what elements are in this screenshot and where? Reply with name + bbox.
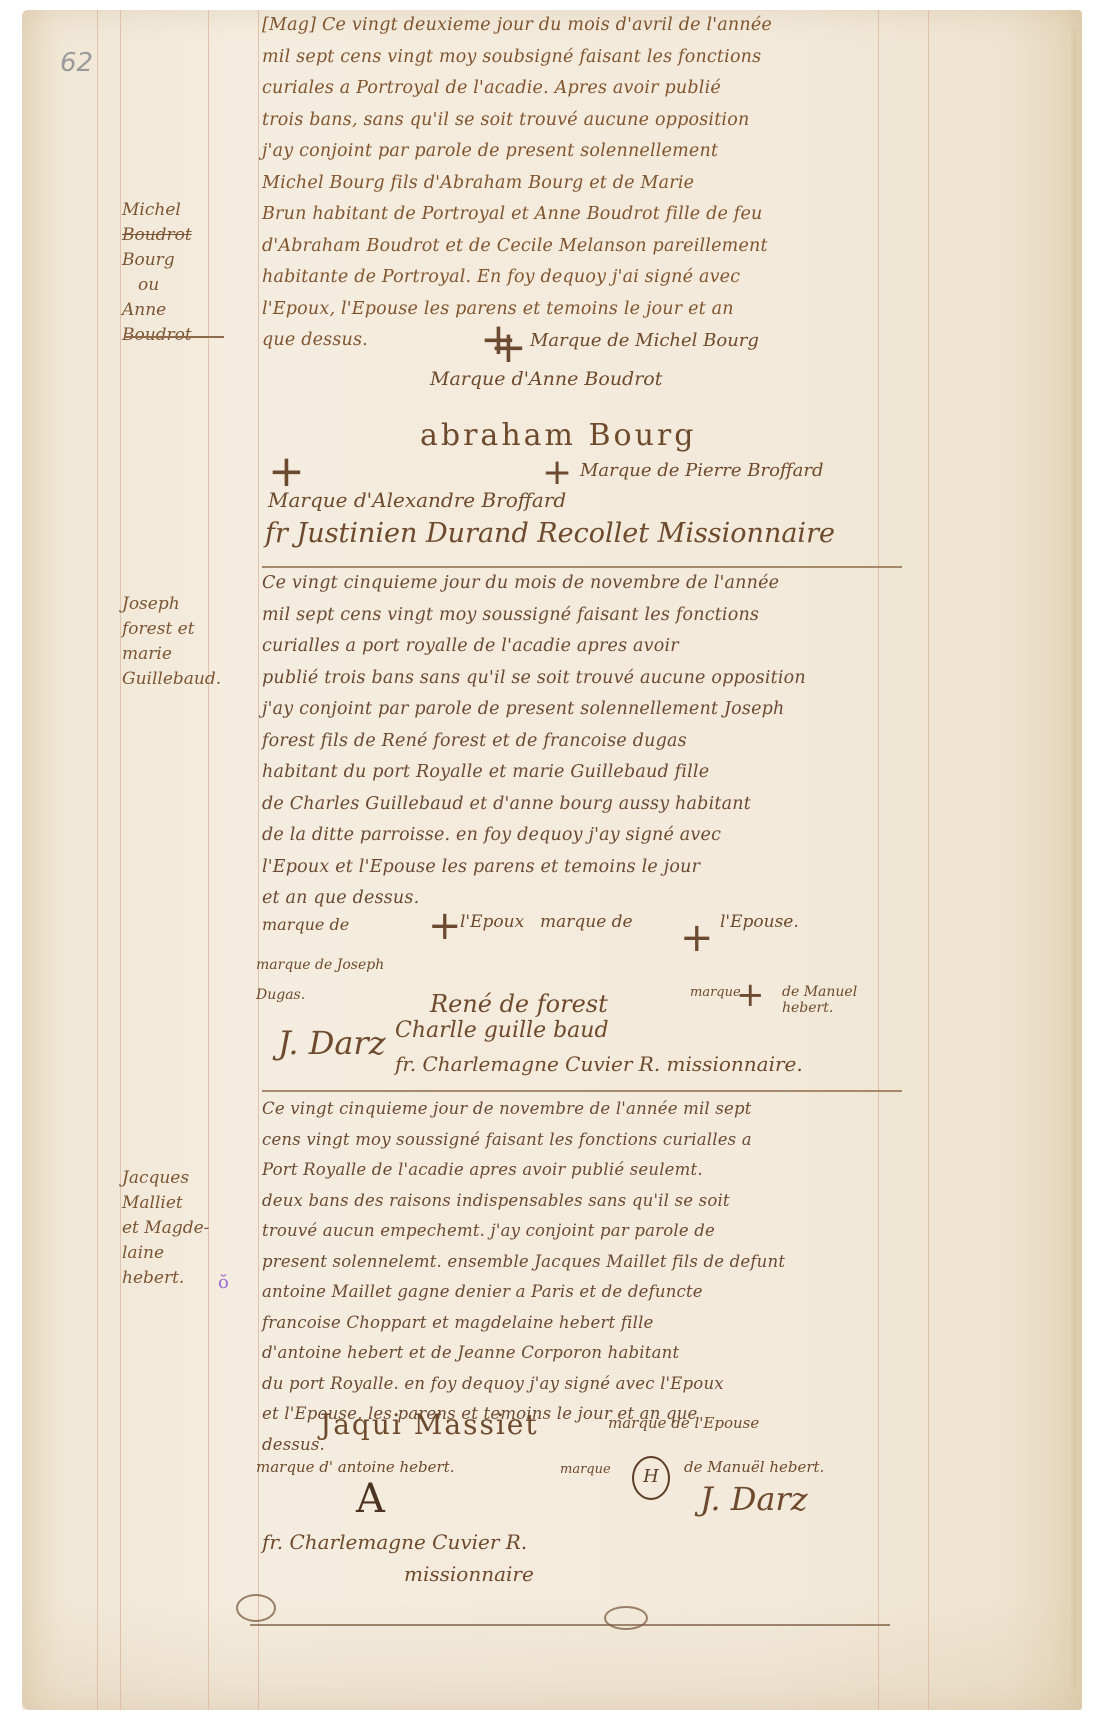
text-line: d'antoine hebert et de Jeanne Corporon h…	[262, 1343, 679, 1362]
text-line: forest fils de René forest et de francoi…	[262, 731, 687, 751]
mark-witness-1: Marque d'Alexandre Broffard	[268, 488, 566, 512]
ruling-line	[928, 10, 929, 1710]
page-edge	[1068, 30, 1076, 1690]
mark-groom-label: marque de	[262, 915, 349, 934]
text-line: de Charles Guillebaud et d'anne bourg au…	[262, 794, 751, 814]
mark-groom: Marque de Michel Bourg	[530, 330, 759, 351]
signature-charles-guillebaud: Charlle guille baud	[395, 1018, 609, 1043]
text-line: trois bans, sans qu'il se soit trouvé au…	[262, 110, 749, 130]
ruling-line	[97, 10, 98, 1710]
text-line: francoise Choppart et magdelaine hebert …	[262, 1313, 654, 1332]
entry-2-text: Ce vingt cinquieme jour du mois de novem…	[262, 568, 902, 915]
text-line: du port Royalle. en foy dequoy j'ay sign…	[262, 1374, 724, 1393]
text-line: Ce vingt cinquieme jour du mois de novem…	[262, 573, 779, 593]
text-line: que dessus.	[262, 330, 368, 350]
text-line: habitante de Portroyal. En foy dequoy j'…	[262, 267, 740, 287]
mark-manuel-name: de Manuël hebert.	[684, 1458, 824, 1476]
margin-line: Joseph	[122, 592, 222, 617]
text-line: curialles a port royalle de l'acadie apr…	[262, 636, 679, 656]
text-line: mil sept cens vingt moy soussigné faisan…	[262, 605, 759, 625]
cross-mark-icon: +	[490, 326, 527, 370]
text-line: Ce vingt cinquieme jour de novembre de l…	[262, 1099, 752, 1118]
text-line: [Mag] Ce vingt deuxieme jour du mois d'a…	[262, 15, 772, 35]
mark-witness-2: Marque de Pierre Broffard	[580, 460, 824, 481]
mark-letter-a: A	[356, 1476, 385, 1522]
priest-signature-line-2: missionnaire	[404, 1562, 534, 1586]
text-line: habitant du port Royalle et marie Guille…	[262, 762, 709, 782]
margin-note-entry-2: Joseph forest et marie Guillebaud.	[122, 592, 222, 692]
priest-signature: fr Justinien Durand Recollet Missionnair…	[265, 518, 835, 549]
text-line: cens vingt moy soussigné faisant les fon…	[262, 1130, 752, 1149]
margin-line: hebert.	[122, 1266, 222, 1291]
margin-underline	[124, 336, 224, 338]
signature-dar: J. Darz	[278, 1024, 386, 1062]
margin-line: ou	[122, 273, 222, 298]
cross-mark-icon: +	[542, 455, 572, 491]
cross-mark-icon: +	[736, 978, 765, 1012]
margin-line: et Magde-	[122, 1216, 222, 1241]
margin-line: laine	[122, 1241, 222, 1266]
mark-witness-dugas: marque de Joseph Dugas.	[256, 950, 406, 1010]
circled-mark-icon: H	[632, 1456, 670, 1500]
margin-line: marie	[122, 642, 222, 667]
margin-line: Malliet	[122, 1191, 222, 1216]
violet-ink-mark: ŏ	[218, 1272, 229, 1293]
mark-antoine-hebert: marque d' antoine hebert.	[256, 1458, 455, 1476]
flourish-loop	[604, 1606, 648, 1630]
mark-manuel-label: marque	[690, 985, 741, 1000]
cross-mark-icon: +	[680, 918, 714, 958]
signature-groom: Jaqui Massiet	[320, 1408, 539, 1441]
text-line: Port Royalle de l'acadie apres avoir pub…	[262, 1160, 703, 1179]
mark-bride-label: marque de	[540, 912, 633, 932]
mark-symbol: H	[643, 1466, 659, 1487]
folio-number: 62	[60, 48, 93, 78]
text-line: antoine Maillet gagne denier a Paris et …	[262, 1282, 703, 1301]
signature-dar: J. Darz	[700, 1480, 808, 1518]
flourish-loop	[236, 1594, 276, 1622]
text-line: Michel Bourg fils d'Abraham Bourg et de …	[262, 173, 694, 193]
entry-3-text: Ce vingt cinquieme jour de novembre de l…	[262, 1094, 902, 1460]
mark-groom-suffix: l'Epoux	[460, 912, 524, 932]
entry-1-text: [Mag] Ce vingt deuxieme jour du mois d'a…	[262, 10, 902, 357]
text-line: j'ay conjoint par parole de present sole…	[262, 699, 785, 719]
text-line: present solennelemt. ensemble Jacques Ma…	[262, 1252, 785, 1271]
text-line: trouvé aucun empechemt. j'ay conjoint pa…	[262, 1221, 715, 1240]
ruling-line	[120, 10, 121, 1710]
priest-signature-line-1: fr. Charlemagne Cuvier R.	[262, 1530, 527, 1554]
text-line: curiales a Portroyal de l'acadie. Apres …	[262, 78, 721, 98]
entry-divider	[262, 1090, 902, 1092]
mark-bride: marque de l'Epouse	[608, 1414, 759, 1432]
cross-mark-icon: +	[428, 906, 462, 946]
text-line: publié trois bans sans qu'il se soit tro…	[262, 668, 806, 688]
margin-note-entry-3: Jacques Malliet et Magde- laine hebert.	[122, 1166, 222, 1291]
margin-line: Guillebaud.	[122, 667, 222, 692]
signature-witness: abraham Bourg	[420, 418, 696, 453]
text-line: Brun habitant de Portroyal et Anne Boudr…	[262, 204, 763, 224]
text-line: l'Epoux et l'Epouse les parens et temoin…	[262, 857, 700, 877]
text-line: deux bans des raisons indispensables san…	[262, 1191, 730, 1210]
margin-line: Bourg	[122, 248, 222, 273]
margin-line: Anne	[122, 298, 222, 323]
text-line: dessus.	[262, 1435, 325, 1454]
ruling-line	[258, 10, 259, 1710]
mark-manuel-label: marque	[560, 1462, 611, 1477]
closing-flourish	[250, 1584, 890, 1626]
margin-line-struck: Boudrot	[122, 223, 222, 248]
text-line: mil sept cens vingt moy soubsigné faisan…	[262, 47, 761, 67]
text-line: et an que dessus.	[262, 888, 419, 908]
mark-bride-suffix: l'Epouse.	[720, 912, 799, 932]
margin-note-entry-1: Michel Boudrot Bourg ou Anne Boudrot	[122, 198, 222, 348]
margin-line: forest et	[122, 617, 222, 642]
text-line: d'Abraham Boudrot et de Cecile Melanson …	[262, 236, 768, 256]
text-line: j'ay conjoint par parole de present sole…	[262, 141, 718, 161]
text-line: de la ditte parroisse. en foy dequoy j'a…	[262, 825, 721, 845]
mark-manuel-name: de Manuel hebert.	[782, 984, 862, 1016]
signature-rene-forest: René de forest	[430, 990, 608, 1018]
mark-bride: Marque d'Anne Boudrot	[430, 368, 662, 390]
margin-line: Jacques	[122, 1166, 222, 1191]
priest-signature: fr. Charlemagne Cuvier R. missionnaire.	[395, 1052, 803, 1076]
margin-line: Michel	[122, 198, 222, 223]
